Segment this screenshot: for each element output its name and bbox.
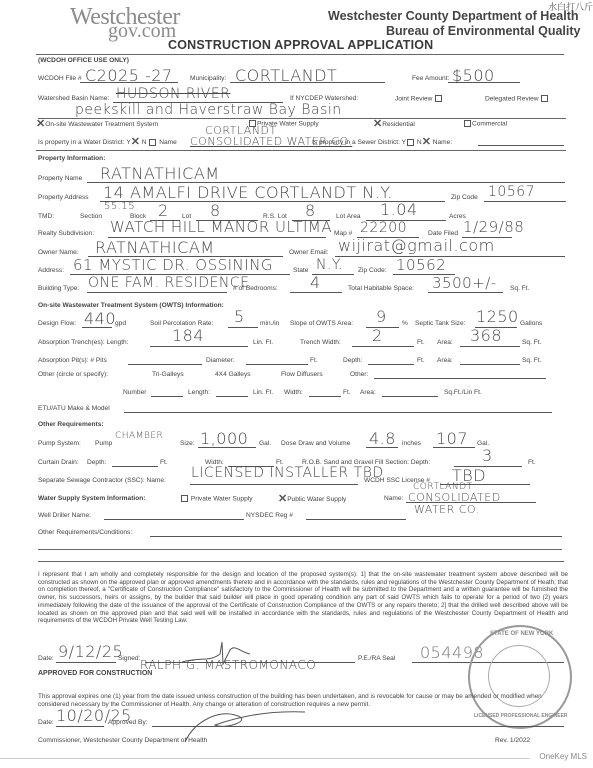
well-driller-label: Well Driller Name:: [38, 512, 91, 519]
x-check-icon: ✕: [373, 120, 382, 128]
section-field[interactable]: 55.15: [104, 201, 135, 212]
cert-date-label: Date:: [38, 655, 54, 662]
sewer-no-x-icon[interactable]: ✕: [422, 138, 431, 146]
diameter-label: Diameter:: [206, 357, 235, 364]
trench-area-label: Area:: [437, 339, 453, 346]
residential-checkbox[interactable]: ✕Residential: [373, 120, 415, 128]
commercial-checkbox[interactable]: Commercial: [463, 120, 507, 127]
trench-area-field[interactable]: 368: [470, 326, 502, 345]
sewer-district-row: Is property in a Sewer District: Y N✕ Na…: [312, 138, 452, 146]
dose-gal-field[interactable]: 107: [436, 429, 468, 448]
width-label: Width:: [284, 389, 303, 396]
lot-area-label: Lot Area: [336, 213, 361, 220]
building-type-label: Building Type:: [38, 285, 79, 292]
curtain-depth-label: Depth:: [87, 459, 106, 466]
ws-name-label: Name:: [384, 495, 403, 502]
rob-ft-label: Ft.: [528, 459, 536, 466]
owner-zip-field[interactable]: 10562: [396, 256, 446, 274]
file-number-field[interactable]: C2025 -27: [85, 66, 173, 85]
4x4-galleys-option[interactable]: 4X4 Galleys: [215, 371, 251, 378]
number-field[interactable]: [151, 396, 183, 397]
bureau-title: Bureau of Environmental Quality: [386, 24, 580, 38]
conditions-field[interactable]: [150, 536, 562, 537]
public-water-supply-checkbox[interactable]: ✕Public Water Supply: [278, 495, 346, 503]
septic-tank-field[interactable]: 1250: [476, 307, 519, 326]
map-field[interactable]: 22200: [360, 220, 407, 236]
property-section-label: Property Information:: [38, 155, 105, 162]
diameter-ft-label: Ft.: [310, 357, 318, 364]
pit-area-label: Area:: [437, 357, 453, 364]
pump-system-label: Pump System:: [38, 440, 81, 447]
septic-unit-label: Gallons: [520, 320, 542, 327]
date-filed-field[interactable]: 1/29/88: [463, 218, 524, 236]
owts-checkbox[interactable]: ✕On-site Wastewater Treatment System: [36, 120, 158, 128]
ws-name-line3[interactable]: WATER CO.: [414, 503, 480, 516]
municipality-label: Municipality:: [190, 75, 226, 82]
property-zip-field[interactable]: 10567: [488, 184, 535, 200]
septic-tank-label: Septic Tank Size:: [415, 320, 465, 327]
pit-depth-field[interactable]: [368, 364, 414, 365]
water-district-no-box[interactable]: [149, 139, 156, 146]
private-water-supply-box[interactable]: [181, 495, 188, 502]
slope-field[interactable]: 9: [376, 307, 387, 326]
x-check-icon: ✕: [36, 120, 45, 128]
nysdec-label: NYSDEC Reg #: [246, 512, 293, 519]
form-title: CONSTRUCTION APPROVAL APPLICATION: [168, 38, 433, 52]
revision-label: Rev. 1/2022: [495, 737, 530, 744]
pits-field[interactable]: [128, 364, 202, 365]
curtain-drain-label: Curtain Drain:: [38, 459, 79, 466]
trench-length-label: Absorption Trench(es): Length:: [38, 339, 129, 346]
property-address-label: Property Address: [38, 194, 89, 201]
ssc-name-label: Separate Sewage Contractor (SSC): Name:: [38, 477, 166, 484]
trench-width-field[interactable]: 2: [372, 326, 383, 345]
slope-label: Slope of OWTS Area:: [290, 320, 353, 327]
owner-email-field[interactable]: wijirat@gmail.com: [338, 236, 495, 255]
diameter-field[interactable]: [246, 364, 308, 365]
habitable-space-field[interactable]: 3500+/-: [432, 274, 497, 292]
owner-address-field[interactable]: 61 MYSTIC DR. OSSINING: [73, 256, 273, 274]
pits-label: Absorption Pit(s): # Pits: [38, 357, 107, 364]
pump-size-field[interactable]: 1,000: [200, 429, 248, 448]
other-specify-label: Other (circle or specify):: [38, 371, 108, 378]
pump-type-label: Pump: [95, 440, 112, 447]
delegated-review-checkbox[interactable]: Delegated Review: [485, 95, 549, 102]
pump-type-field[interactable]: CHAMBER: [115, 431, 163, 441]
owner-name-field[interactable]: RATNATHICAM: [95, 238, 215, 257]
owner-address-label: Address:: [38, 267, 64, 274]
joint-review-checkbox[interactable]: Joint Review: [395, 95, 443, 102]
section-label: Section: [80, 213, 102, 220]
dose-inches-field[interactable]: 4.8: [369, 429, 396, 448]
curtain-depth-ft: Ft.: [160, 459, 168, 466]
property-zip-label: Zip Code: [451, 194, 478, 201]
fee-label: Fee Amount:: [412, 75, 449, 82]
property-address-field[interactable]: 14 AMALFI DRIVE CORTLANDT N.Y.: [103, 183, 393, 202]
subdivision-label: Realty Subdivision:: [38, 230, 94, 237]
tmd-label: TMD:: [38, 213, 54, 220]
number-label: Number: [123, 389, 146, 396]
x-check-icon: ✕: [278, 495, 287, 503]
tri-galleys-option[interactable]: Tri-Galleys: [152, 371, 184, 378]
lot-area-field[interactable]: 1.04: [380, 200, 418, 219]
bedrooms-field[interactable]: 4: [310, 273, 321, 292]
water-district-row: Is property in a Water District: Y✕ N Na…: [38, 138, 177, 146]
signed-label: Signed:: [118, 655, 140, 662]
header-divider: [36, 54, 564, 55]
width-ft-label: Ft.: [343, 389, 351, 396]
sewer-name-field[interactable]: [478, 145, 564, 146]
owner-email-label: Owner Email:: [289, 249, 329, 256]
length-label: Length:: [188, 389, 210, 396]
watershed-label: Watershed Basin Name:: [38, 95, 109, 102]
habitable-space-label: Total Habitable Space:: [348, 285, 414, 292]
property-name-label: Property Name: [38, 175, 82, 182]
certification-text: I represent that I am wholly and complet…: [38, 571, 568, 625]
etu-field[interactable]: [124, 412, 552, 413]
pit-sqft-label: Sq. Ft.: [522, 357, 541, 364]
fee-field[interactable]: $500: [452, 66, 495, 85]
owts-section-label: On-site Wastewater Treatment System (OWT…: [38, 302, 224, 309]
other-option-label: Other:: [350, 371, 368, 378]
length-linft-label: Lin. Ft.: [253, 389, 273, 396]
pe-seal-label: P.E./RA Seal: [358, 655, 395, 662]
sqft-linft-label: Sq.Ft./Lin Ft.: [444, 389, 482, 396]
width-field[interactable]: [309, 396, 341, 397]
pe-seal-stamp: STATE OF NEW YORK LICENSED PROFESSIONAL …: [468, 625, 572, 729]
westchester-logo-line2: gov.com: [108, 20, 176, 43]
dose-label: Dose Draw and Volume: [281, 440, 350, 447]
perc-rate-field[interactable]: 5: [234, 307, 245, 326]
curtain-depth-field[interactable]: [112, 466, 158, 467]
perc-unit-label: min./in: [260, 320, 279, 327]
private-water-supply-checkbox[interactable]: Private Water Supply: [180, 495, 253, 502]
owner-name-label: Owner Name:: [38, 249, 79, 256]
building-type-field[interactable]: ONE FAM. RESIDENCE: [88, 275, 249, 291]
inches-label: inches: [402, 440, 421, 447]
other-req-label: Other Requirements:: [38, 421, 104, 428]
watershed-field[interactable]: HUDSON RIVER: [116, 86, 230, 102]
pit-area-field[interactable]: [460, 364, 520, 365]
dept-title: Westchester County Department of Health: [328, 9, 579, 23]
etu-label: ETU/ATU Make & Model: [38, 405, 110, 412]
gpd-label: gpd: [115, 320, 126, 327]
joint-review-box[interactable]: [435, 95, 442, 102]
water-supply-label: Water Supply System Information:: [38, 495, 145, 502]
pump-gal-label: Gal.: [259, 440, 271, 447]
subdivision-field[interactable]: WATCH HILL MANOR ULTIMA: [110, 218, 332, 236]
cert-date-field[interactable]: 9/12/25: [58, 642, 123, 661]
trench-width-label: Trench Width:: [300, 339, 341, 346]
area-field[interactable]: [382, 396, 438, 397]
pit-depth-label: Depth:: [343, 357, 362, 364]
approval-date-label: Date:: [38, 719, 54, 726]
slope-unit-label: %: [402, 320, 408, 327]
signer-name: RALPH G. MASTROMONACO: [140, 658, 316, 672]
mls-watermark: OneKey MLS: [539, 752, 587, 761]
flow-diffusers-option[interactable]: Flow Diffusers: [281, 371, 323, 378]
sqft-label: Sq. Ft.: [510, 285, 529, 292]
municipality-field[interactable]: CORTLANDT: [235, 66, 337, 85]
trench-sqft-label: Sq. Ft.: [522, 339, 541, 346]
design-flow-label: Design Flow:: [38, 320, 76, 327]
pit-depth-ft-label: Ft.: [417, 357, 425, 364]
well-driller-field[interactable]: [104, 519, 244, 520]
water-district-yes-x-icon[interactable]: ✕: [131, 138, 140, 146]
delegated-review-box[interactable]: [541, 95, 548, 102]
approved-by-label: Approved By:: [108, 719, 148, 726]
approved-heading: APPROVED FOR CONSTRUCTION: [38, 670, 152, 677]
owner-state-field[interactable]: N.Y.: [316, 257, 343, 273]
sewer-yes-box[interactable]: [407, 139, 414, 146]
length-field[interactable]: [216, 396, 248, 397]
file-label: WCDOH File #: [38, 75, 82, 82]
area-label: Area:: [360, 389, 376, 396]
commissioner-label: Commissioner, Westchester County Departm…: [38, 737, 207, 744]
nycdep-label: If NYCDEP Watershed:: [290, 95, 358, 102]
pump-size-label: Size:: [180, 440, 195, 447]
lin-ft-label: Lin. Ft.: [253, 339, 273, 346]
bedrooms-label: # of Bedrooms:: [233, 285, 278, 292]
nysdec-field[interactable]: [306, 519, 406, 520]
ssc-name-field[interactable]: LICENSED INSTALLER TBD: [191, 465, 384, 481]
property-name-field[interactable]: RATNATHICAM: [100, 164, 220, 183]
trench-length-field[interactable]: 184: [172, 326, 204, 345]
trench-ft-label: Ft.: [417, 339, 425, 346]
watershed-field-line2[interactable]: peekskill and Haverstraw Bay Basin: [75, 102, 342, 118]
owner-state-label: State: [293, 267, 308, 274]
other-option-field[interactable]: [374, 378, 546, 379]
design-flow-field[interactable]: 440: [84, 309, 116, 328]
office-use-label: (WCDOH OFFICE USE ONLY): [38, 57, 129, 64]
owner-zip-label: Zip Code:: [358, 267, 387, 274]
conditions-label: Other Requirements/Conditions:: [38, 529, 132, 536]
rob-depth-field[interactable]: 3: [482, 446, 493, 465]
commercial-box[interactable]: [464, 120, 471, 127]
